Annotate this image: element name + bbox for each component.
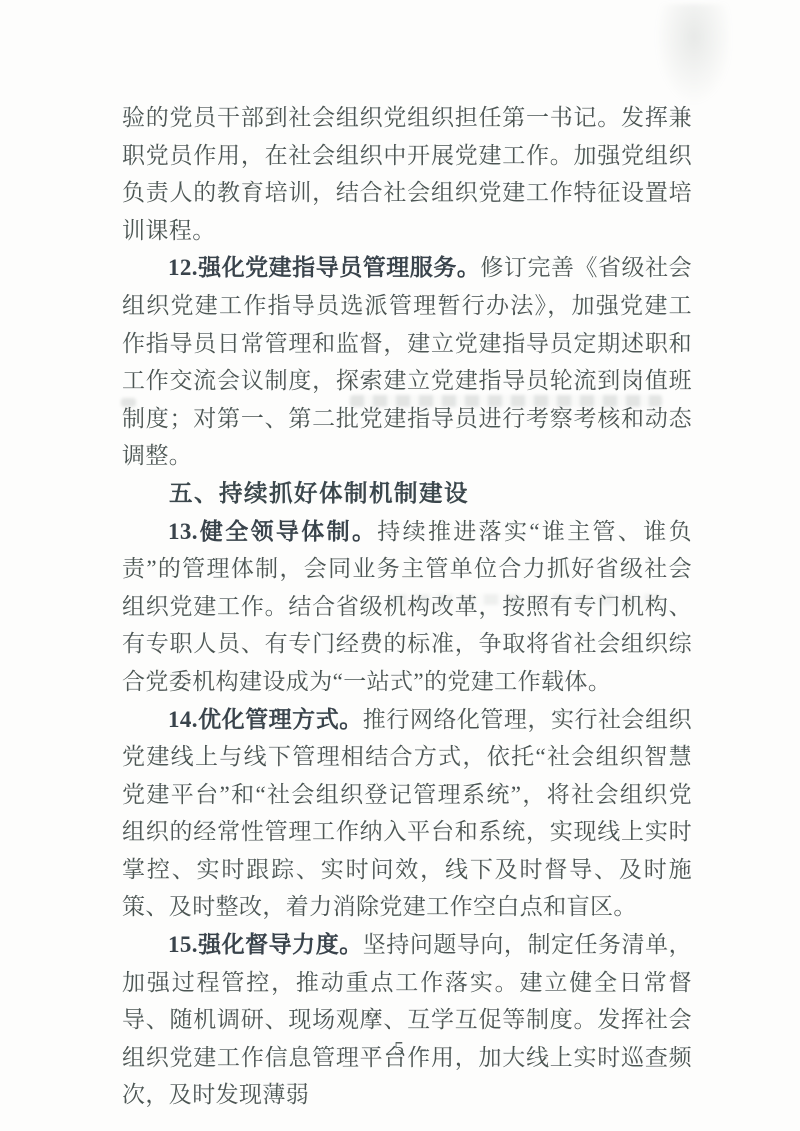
item-14-lead: 14.优化管理方式。	[168, 707, 363, 732]
item-15-lead: 15.强化督导力度。	[168, 932, 363, 957]
paragraph-text: 持续推进落实“谁主管、谁负责”的管理体制，会同业务主管单位合力抓好省级社会组织党…	[122, 519, 692, 694]
document-page: 验的党员干部到社会组织党组织担任第一书记。发挥兼职党员作用，在社会组织中开展党建…	[0, 0, 800, 1131]
section-heading: 五、持续抓好体制机制建设	[122, 475, 692, 513]
paragraph-item-15: 15.强化督导力度。坚持问题导向，制定任务清单，加强过程管控，推动重点工作落实。…	[122, 926, 692, 1114]
paragraph-text: 推行网络化管理，实行社会组织党建线上与线下管理相结合方式，依托“社会组织智慧党建…	[122, 707, 692, 920]
paragraph-item-14: 14.优化管理方式。推行网络化管理，实行社会组织党建线上与线下管理相结合方式，依…	[122, 701, 692, 927]
paragraph-text: 修订完善《省级社会组织党建工作指导员选派管理暂行办法》，加强党建工作指导员日常管…	[122, 255, 692, 468]
paragraph-item-12: 12.强化党建指导员管理服务。修订完善《省级社会组织党建工作指导员选派管理暂行办…	[122, 249, 692, 475]
item-12-lead: 12.强化党建指导员管理服务。	[168, 255, 480, 280]
paragraph-item-13: 13.健全领导体制。持续推进落实“谁主管、谁负责”的管理体制，会同业务主管单位合…	[122, 513, 692, 701]
paragraph-text: 坚持问题导向，制定任务清单，加强过程管控，推动重点工作落实。建立健全日常督导、随…	[122, 932, 692, 1107]
item-13-lead: 13.健全领导体制。	[168, 519, 377, 544]
paragraph-continuation: 验的党员干部到社会组织党组织担任第一书记。发挥兼职党员作用，在社会组织中开展党建…	[122, 99, 692, 249]
page-content: 验的党员干部到社会组织党组织担任第一书记。发挥兼职党员作用，在社会组织中开展党建…	[122, 99, 692, 1114]
paragraph-text: 验的党员干部到社会组织党组织担任第一书记。发挥兼职党员作用，在社会组织中开展党建…	[122, 105, 692, 243]
scan-smudge-artifact	[650, 4, 730, 114]
page-number: - 5 -	[0, 1038, 800, 1061]
